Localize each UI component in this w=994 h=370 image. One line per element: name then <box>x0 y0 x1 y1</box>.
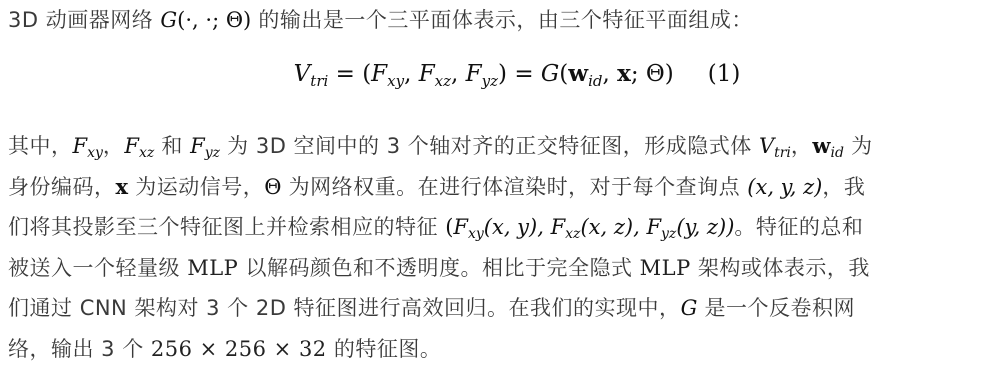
eq-x: x <box>617 60 631 87</box>
math-sub: id <box>830 145 843 161</box>
text: ， <box>791 134 813 158</box>
math-sub: yz <box>661 226 676 242</box>
paragraph-line-1: 其中，Fxy，Fxz 和 Fyz 为 3D 空间中的 3 个轴对齐的正交特征图，… <box>8 126 988 167</box>
eq-theta-close: ; Θ) <box>631 61 674 87</box>
eq-F1: F <box>371 61 387 87</box>
text: 的特征图。 <box>327 337 442 361</box>
paragraph-line-4: 被送入一个轻量级 MLP 以解码颜色和不透明度。相比于完全隐式 MLP 架构或体… <box>8 248 988 289</box>
math-G-args: (·, ·; Θ) <box>177 8 251 32</box>
math-sub: xy <box>87 145 103 161</box>
text: 其中， <box>8 134 73 158</box>
math-sub: xz <box>565 226 580 242</box>
math-sub: yz <box>205 145 220 161</box>
math-dimensions: 256 × 256 × 32 <box>151 337 327 361</box>
math-F: F <box>124 134 139 158</box>
text: 是一个反卷积网 <box>697 296 855 320</box>
eq-F3: F <box>466 61 482 87</box>
equation-1: Vtri = (Fxy, Fxz, Fyz) = G(wid, x; Θ)(1) <box>0 52 994 96</box>
text: 为网络权重。在进行体渲染时，对于每个查询点 <box>281 175 747 199</box>
paragraph-line-3: 们将其投影至三个特征图上并检索相应的特征 (Fxy(x, y), Fxz(x, … <box>8 207 988 248</box>
text: 被送入一个轻量级 <box>8 256 187 280</box>
paragraph-line-5: 们通过 CNN 架构对 3 个 2D 特征图进行高效回归。在我们的实现中，G 是… <box>8 288 988 329</box>
body-paragraph: 其中，Fxy，Fxz 和 Fyz 为 3D 空间中的 3 个轴对齐的正交特征图，… <box>8 126 988 369</box>
math-x-bold: x <box>116 174 129 199</box>
math-theta: Θ <box>264 175 281 199</box>
equation-number: (1) <box>708 52 741 96</box>
eq-F1-sub: xy <box>387 72 404 90</box>
eq-equals-open: = ( <box>328 61 371 87</box>
text: 为 3D 空间中的 3 个轴对齐的正交特征图，形成隐式体 <box>220 134 759 158</box>
math-sub: tri <box>774 145 791 161</box>
paragraph-line-2: 身份编码，x 为运动信号，Θ 为网络权重。在进行体渲染时，对于每个查询点 (x,… <box>8 167 988 208</box>
eq-w: w <box>568 60 588 87</box>
math-F: F <box>646 215 661 239</box>
math-G: G <box>160 8 177 32</box>
intro-text: 3D 动画器网络 <box>8 8 160 32</box>
eq-F3-sub: yz <box>482 72 498 90</box>
math-Vtri: Vtri <box>759 134 791 158</box>
text: 。特征的总和 <box>734 215 863 239</box>
intro-text-tail: 的输出是一个三平面体表示，由三个特征平面组成： <box>251 8 753 32</box>
math-F: F <box>73 134 88 158</box>
text: 架构对 3 个 2D 特征图进行高效回归。在我们的实现中， <box>127 296 680 320</box>
math-Fxz: Fxz <box>124 134 154 158</box>
paragraph-line-6: 络，输出 3 个 256 × 256 × 32 的特征图。 <box>8 329 988 370</box>
term-mlp: MLP <box>187 256 238 280</box>
math-args: (x, z), <box>580 215 646 239</box>
text: 们通过 <box>8 296 80 320</box>
math-G-symbol: G(·, ·; Θ) <box>160 8 251 32</box>
math-sub: xy <box>468 226 484 242</box>
math-F: F <box>453 215 468 239</box>
eq-comma: , <box>404 61 419 87</box>
text: 架构或体表示，我 <box>691 256 870 280</box>
text: ，我 <box>822 175 865 199</box>
text: 为运动信号， <box>128 175 264 199</box>
math-args: (x, y), <box>484 215 551 239</box>
eq-w-sub: id <box>588 72 602 90</box>
math-V: V <box>759 134 774 158</box>
text: 和 <box>154 134 190 158</box>
eq-F2-sub: xz <box>435 72 451 90</box>
text: 以解码颜色和不透明度。相比于完全隐式 <box>238 256 639 280</box>
equation-body: Vtri = (Fxy, Fxz, Fyz) = G(wid, x; Θ) <box>294 52 674 96</box>
eq-V: V <box>294 61 311 87</box>
math-F: F <box>551 215 566 239</box>
math-Fyz: Fyz <box>190 134 220 158</box>
term-cnn: CNN <box>80 296 128 320</box>
math-theta-symbol: Θ <box>264 175 281 199</box>
intro-line: 3D 动画器网络 G(·, ·; Θ) 的输出是一个三平面体表示，由三个特征平面… <box>8 0 988 41</box>
math-feature-tuple: (Fxy(x, y), Fxz(x, z), Fyz(y, z)) <box>445 215 734 239</box>
text: 身份编码， <box>8 175 116 199</box>
math-args: (y, z)) <box>676 215 734 239</box>
math-wid: wid <box>812 134 844 158</box>
math-w: w <box>812 133 830 158</box>
math-F: F <box>190 134 205 158</box>
text: 为 <box>844 134 873 158</box>
eq-comma: , <box>602 61 617 87</box>
eq-V-sub: tri <box>310 72 328 90</box>
math-sub: xz <box>139 145 154 161</box>
eq-G: G <box>541 61 559 87</box>
math-query-point: (x, y, z) <box>747 175 822 199</box>
intro-paragraph: 3D 动画器网络 G(·, ·; Θ) 的输出是一个三平面体表示，由三个特征平面… <box>8 0 988 41</box>
term-mlp: MLP <box>640 256 691 280</box>
text: 们将其投影至三个特征图上并检索相应的特征 <box>8 215 445 239</box>
math-G: G <box>681 296 698 320</box>
text: ， <box>103 134 125 158</box>
eq-F2: F <box>419 61 435 87</box>
eq-close-equals: ) = <box>498 61 541 87</box>
text: 络，输出 3 个 <box>8 337 151 361</box>
eq-comma: , <box>451 61 466 87</box>
eq-paren-open: ( <box>559 61 568 87</box>
math-Fxy: Fxy <box>73 134 103 158</box>
math-x: x <box>116 175 129 199</box>
